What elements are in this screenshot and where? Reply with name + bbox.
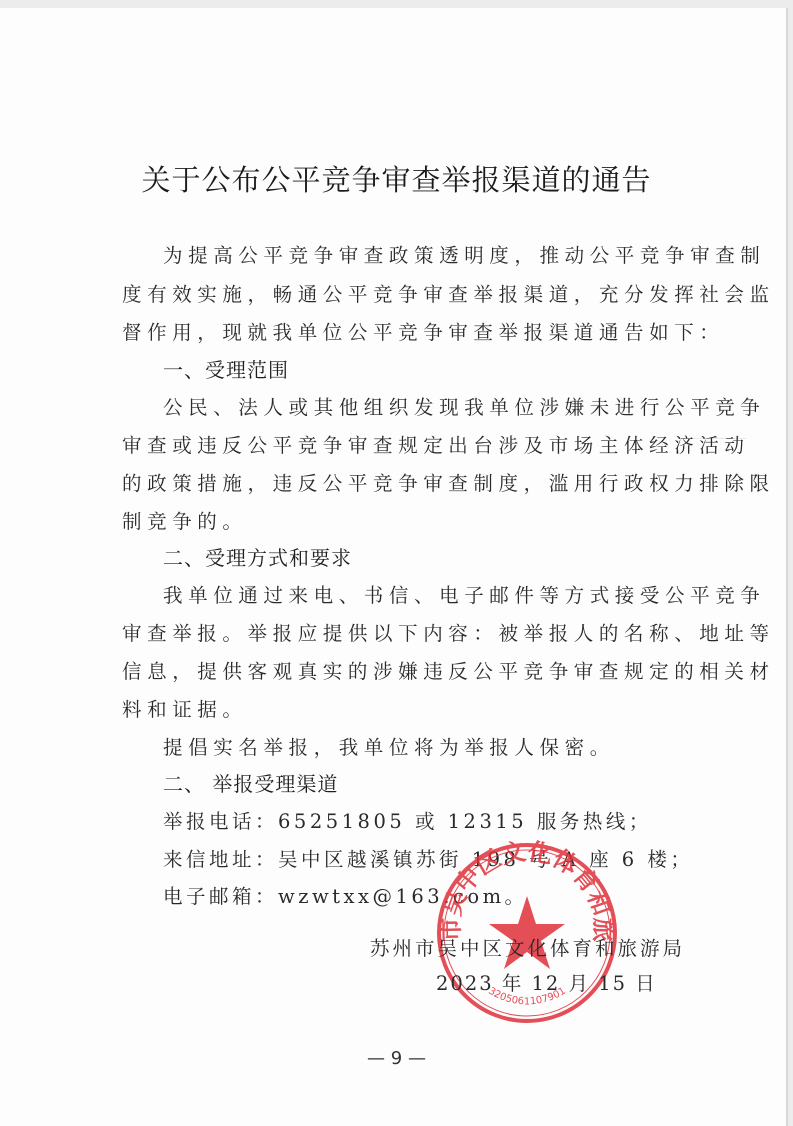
body-line: 提倡实名举报，我单位将为举报人保密。	[163, 732, 615, 760]
page-number: — 9 —	[0, 1048, 793, 1069]
body-line: 我单位通过来电、书信、电子邮件等方式接受公平竞争	[163, 580, 765, 608]
body-line: 信息，提供客观真实的涉嫌违反公平竞争审查规定的相关材	[122, 656, 775, 684]
body-line: 制竞争的。	[122, 506, 248, 534]
signature-date: 2023 年 12 月 15 日	[436, 968, 657, 996]
section-heading-channels: 二、 举报受理渠道	[163, 768, 338, 797]
intro-line: 度有效实施，畅通公平竞争审查举报渠道，充分发挥社会监	[122, 279, 775, 307]
document-page: 关于公布公平竞争审查举报渠道的通告 为提高公平竞争审查政策透明度，推动公平竞争审…	[0, 8, 788, 1126]
signature-organization: 苏州市吴中区文化体育和旅游局	[370, 933, 685, 961]
intro-line: 为提高公平竞争审查政策透明度，推动公平竞争审查制	[163, 240, 765, 268]
body-line: 的政策措施，违反公平竞争审查制度，滥用行政权力排除限	[122, 468, 775, 496]
body-line: 料和证据。	[122, 694, 248, 722]
phone-line: 举报电话：65251805 或 12315 服务热线；	[163, 806, 652, 834]
document-title: 关于公布公平竞争审查举报渠道的通告	[0, 158, 793, 199]
body-line: 审查举报。举报应提供以下内容：被举报人的名称、地址等	[122, 618, 775, 646]
section-heading-scope: 一、受理范围	[163, 354, 289, 383]
body-line: 审查或违反公平竞争审查规定出台涉及市场主体经济活动	[122, 430, 750, 458]
intro-line: 督作用，现就我单位公平竞争审查举报渠道通告如下：	[122, 317, 724, 345]
section-heading-method: 二、受理方式和要求	[163, 542, 352, 571]
body-line: 公民、法人或其他组织发现我单位涉嫌未进行公平竞争	[163, 392, 765, 420]
